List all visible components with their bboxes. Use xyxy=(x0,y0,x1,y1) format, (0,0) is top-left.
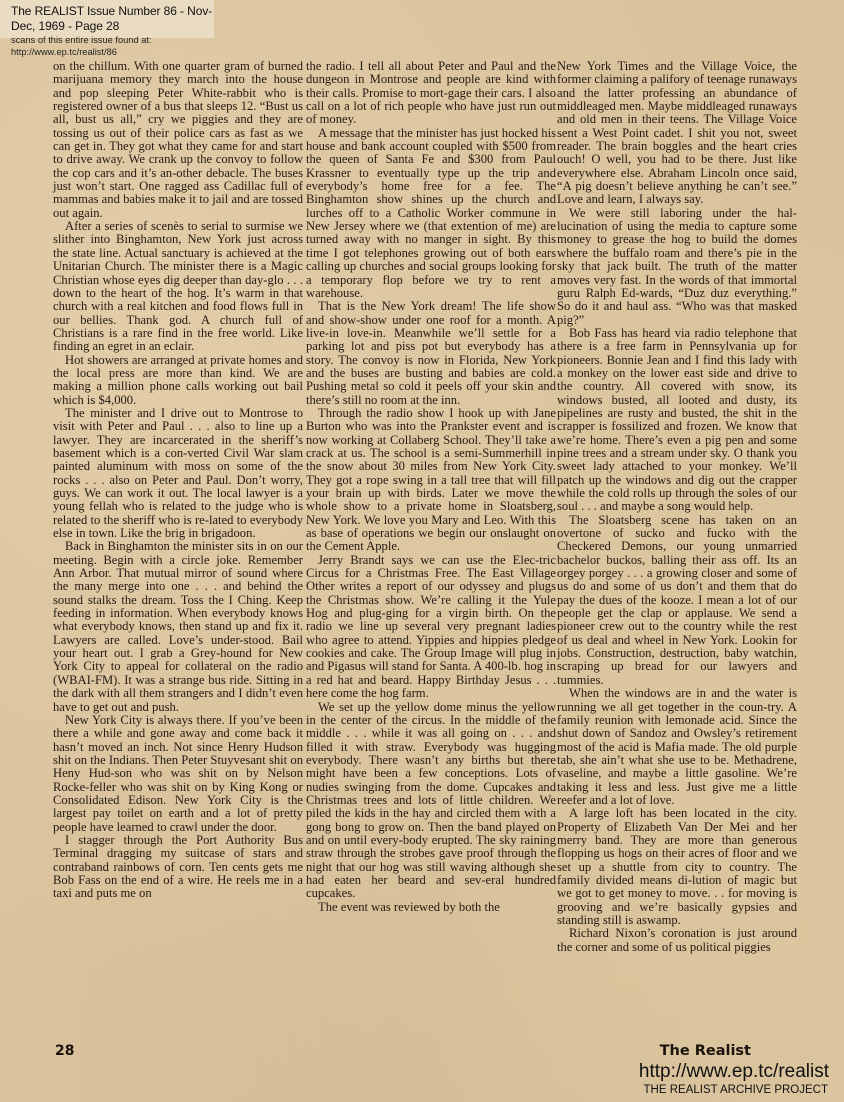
article-column-3: New York Times and the Village Voice, th… xyxy=(557,60,797,954)
paragraph: Richard Nixon’s coronation is just aroun… xyxy=(557,927,797,954)
paragraph: A message that the minister has just hoc… xyxy=(306,127,556,300)
paragraph: We were still laboring under the hal-luc… xyxy=(557,207,797,327)
paragraph: on the chillum. With one quarter gram of… xyxy=(53,60,303,220)
paragraph: New York Times and the Village Voice, th… xyxy=(557,60,797,207)
paragraph: I stagger through the Port Authority Bus… xyxy=(53,834,303,901)
archive-header: The REALIST Issue Number 86 - Nov-Dec, 1… xyxy=(0,0,214,38)
paragraph: Through the radio show I hook up with Ja… xyxy=(306,407,556,554)
paragraph: The minister and I drive out to Montrose… xyxy=(53,407,303,540)
article-column-1: on the chillum. With one quarter gram of… xyxy=(53,60,303,901)
paragraph: Bob Fass has heard via radio telephone t… xyxy=(557,327,797,514)
article-column-2: the radio. I tell all about Peter and Pa… xyxy=(306,60,556,914)
paragraph: When the windows are in and the water is… xyxy=(557,687,797,807)
paragraph: Back in Binghamton the minister sits in … xyxy=(53,540,303,713)
page-number: 28 xyxy=(55,1043,74,1059)
masthead-logo: The Realist xyxy=(660,1043,751,1059)
paragraph: We set up the yellow dome minus the yell… xyxy=(306,701,556,901)
paragraph: That is the New York dream! The life sho… xyxy=(306,300,556,407)
paragraph: the radio. I tell all about Peter and Pa… xyxy=(306,60,556,127)
paragraph: Jerry Brandt says we can use the Elec-tr… xyxy=(306,554,556,701)
paragraph: Hot showers are arranged at private home… xyxy=(53,354,303,407)
paragraph: A large loft has been located in the cit… xyxy=(557,807,797,927)
archive-url-link[interactable]: http://www.ep.tc/realist xyxy=(639,1061,829,1083)
paragraph: The event was reviewed by both the xyxy=(306,901,556,914)
paragraph: The Sloatsberg scene has taken on an ove… xyxy=(557,514,797,687)
archive-project-name: THE REALIST ARCHIVE PROJECT xyxy=(644,1084,828,1096)
issue-scans-link[interactable]: scans of this entire issue found at: htt… xyxy=(11,34,214,58)
paragraph: New York City is always there. If you’ve… xyxy=(53,714,303,834)
paragraph: After a series of scenès to serial to su… xyxy=(53,220,303,353)
issue-title: The REALIST Issue Number 86 - Nov-Dec, 1… xyxy=(11,4,214,34)
